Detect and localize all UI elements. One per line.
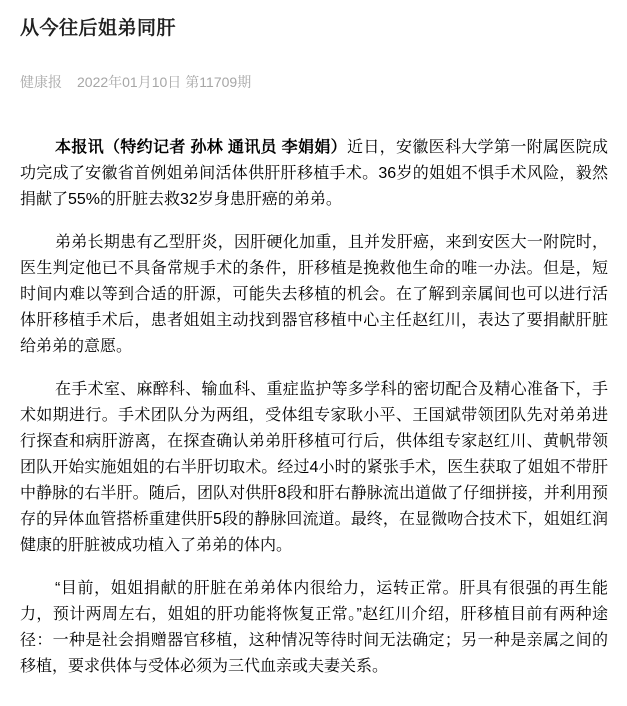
paragraph-lead: 本报讯（特约记者 孙林 通讯员 李娟娟） (55, 139, 347, 156)
article-page: 从今往后姐弟同肝 健康报2022年01月10日第11709期 本报讯（特约记者 … (0, 0, 627, 706)
article-body: 本报讯（特约记者 孙林 通讯员 李娟娟）近日，安徽医科大学第一附属医院成功完成了… (20, 135, 608, 680)
publish-date: 2022年01月10日 (77, 74, 181, 90)
source-name: 健康报 (20, 74, 62, 90)
paragraph: 在手术室、麻醉科、输血科、重症监护等多学科的密切配合及精心准备下，手术如期进行。… (20, 377, 608, 559)
paragraph-text: 弟弟长期患有乙型肝炎，因肝硬化加重，且并发肝癌，来到安医大一附院时，医生判定他已… (20, 234, 608, 355)
paragraph: 本报讯（特约记者 孙林 通讯员 李娟娟）近日，安徽医科大学第一附属医院成功完成了… (20, 135, 608, 213)
issue-number: 第11709期 (185, 74, 251, 90)
paragraph: 弟弟长期患有乙型肝炎，因肝硬化加重，且并发肝癌，来到安医大一附院时，医生判定他已… (20, 230, 608, 360)
article-meta: 健康报2022年01月10日第11709期 (20, 75, 608, 90)
paragraph-text: 在手术室、麻醉科、输血科、重症监护等多学科的密切配合及精心准备下，手术如期进行。… (20, 381, 608, 554)
article-title: 从今往后姐弟同肝 (20, 16, 608, 42)
paragraph: “目前，姐姐捐献的肝脏在弟弟体内很给力，运转正常。肝具有很强的再生能力，预计两周… (20, 576, 608, 680)
paragraph-text: “目前，姐姐捐献的肝脏在弟弟体内很给力，运转正常。肝具有很强的再生能力，预计两周… (20, 580, 608, 675)
